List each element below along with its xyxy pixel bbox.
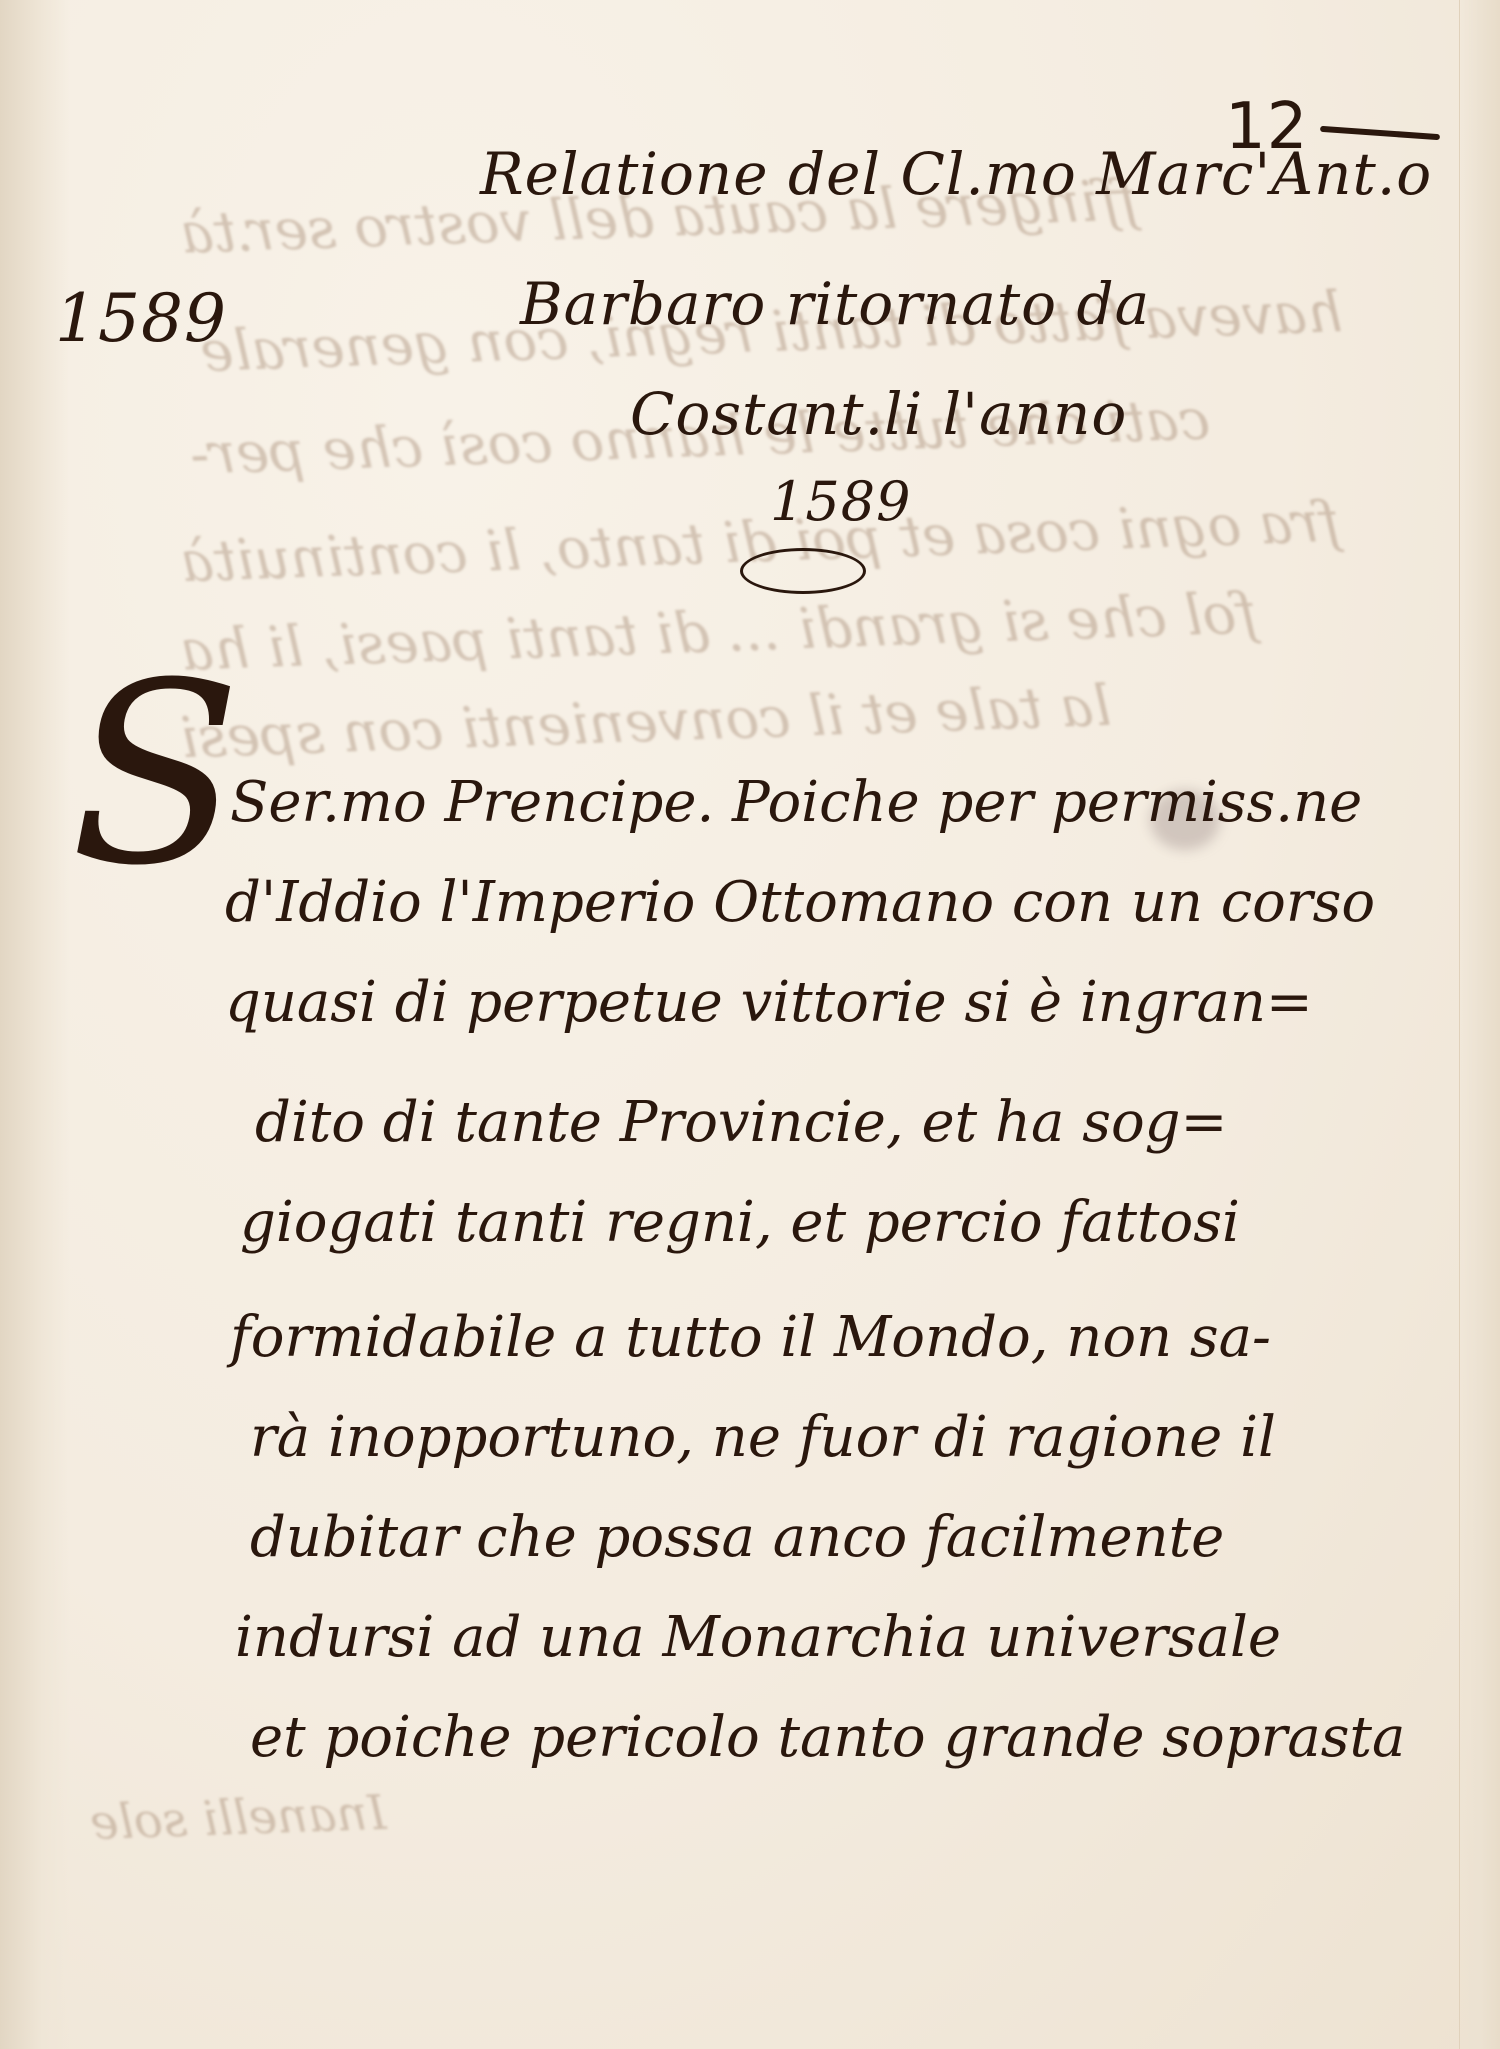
body-line: d'Iddio l'Imperio Ottomano con un corso [225, 870, 1375, 935]
body-line: dubitar che possa anco facilmente [250, 1505, 1224, 1570]
body-line: indursi ad una Monarchia universale [235, 1605, 1281, 1670]
title-line-2: Barbaro ritornato da [520, 270, 1150, 338]
body-line: quasi di perpetue vittorie si è ingran= [225, 970, 1313, 1035]
body-line: formidabile a tutto il Mondo, non sa- [230, 1305, 1271, 1370]
body-line: et poiche pericolo tanto grande soprasta [250, 1705, 1405, 1770]
folio-underline [1320, 126, 1440, 140]
title-year: 1589 [770, 470, 911, 533]
page-edge [1459, 0, 1500, 2049]
bleed-through-text: Inanelli sole [89, 1785, 387, 1851]
title-line-3: Costant.li l'anno [630, 380, 1127, 448]
title-line-1: Relatione del Cl.mo Marc'Ant.o [480, 140, 1432, 208]
drop-cap-S: S [70, 650, 241, 900]
body-line: dito di tante Provincie, et ha sog= [255, 1090, 1227, 1155]
body-line: Ser.mo Prencipe. Poiche per permiss.ne [230, 770, 1362, 835]
body-line: giogati tanti regni, et percio fattosi [240, 1190, 1240, 1255]
manuscript-page: ffingere la cauta dell vostro ser.tà hav… [0, 0, 1500, 2049]
title-flourish [740, 548, 866, 594]
bleed-through-text: fol che si grandi ... di tanti paesi, li… [179, 581, 1258, 684]
body-line: rà inopportuno, ne fuor di ragione il [250, 1405, 1276, 1470]
margin-year-note: 1589 [55, 280, 227, 357]
bleed-through-text: la tale et il convenienti con spesi [179, 674, 1112, 771]
